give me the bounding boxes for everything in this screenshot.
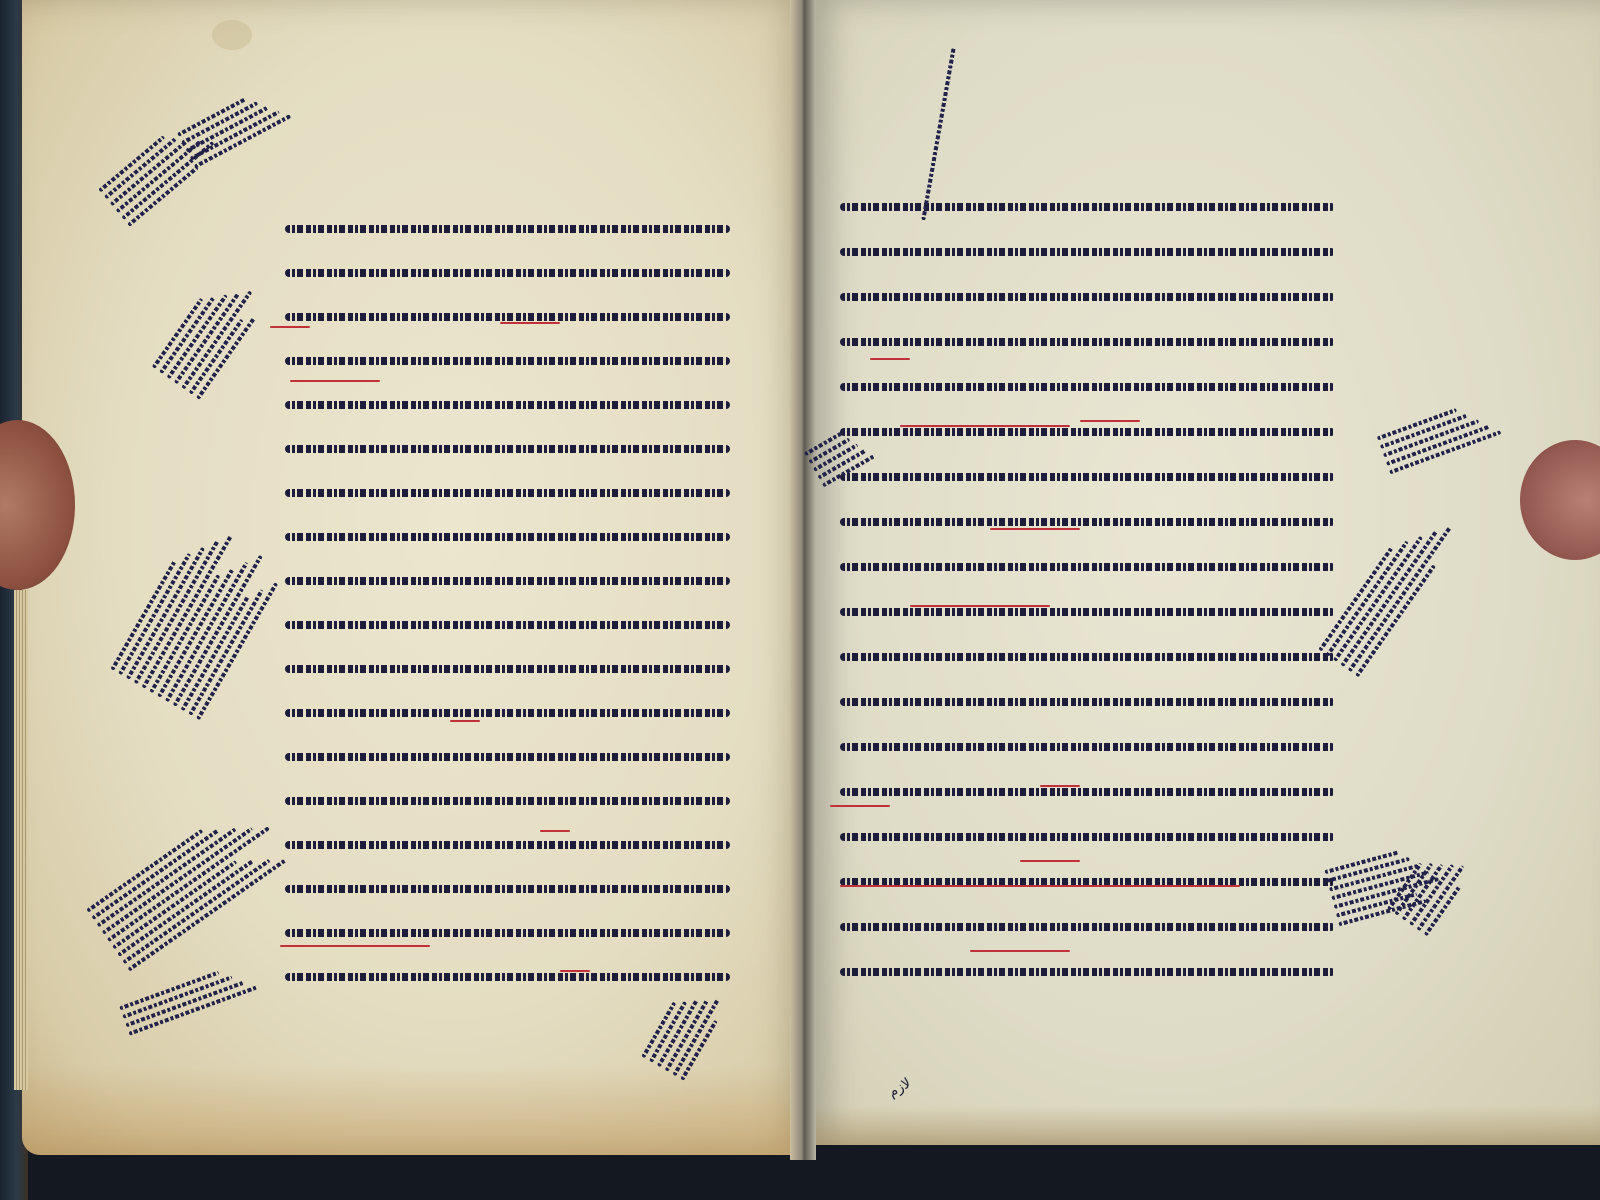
text-line	[840, 335, 1335, 349]
text-line	[285, 662, 730, 676]
rubric-line	[1080, 420, 1140, 422]
text-line	[285, 266, 730, 280]
rubric-line	[910, 605, 1050, 607]
rubric-line	[540, 830, 570, 832]
text-line	[840, 785, 1335, 799]
text-line	[285, 398, 730, 412]
text-line	[840, 515, 1335, 529]
rubric-line	[840, 885, 1240, 887]
text-line	[285, 750, 730, 764]
text-line	[285, 618, 730, 632]
rubric-line	[990, 528, 1080, 530]
rubric-line	[450, 720, 480, 722]
manuscript-photo: لازم	[0, 0, 1600, 1200]
text-line	[840, 470, 1335, 484]
rubric-line	[830, 805, 890, 807]
text-line	[840, 965, 1335, 979]
text-line	[285, 530, 730, 544]
rubric-line	[270, 326, 310, 328]
text-line	[840, 200, 1335, 214]
rubric-line	[500, 322, 560, 324]
text-line	[840, 830, 1335, 844]
text-line	[840, 920, 1335, 934]
text-line	[840, 425, 1335, 439]
text-line	[840, 380, 1335, 394]
text-line	[285, 838, 730, 852]
text-line	[840, 605, 1335, 619]
rubric-line	[970, 950, 1070, 952]
text-line	[285, 222, 730, 236]
page-edges	[14, 590, 28, 1090]
rubric-line	[870, 358, 910, 360]
rubric-line	[900, 425, 1070, 427]
text-line	[840, 695, 1335, 709]
text-line	[840, 740, 1335, 754]
rubric-line	[1040, 785, 1080, 787]
text-line	[285, 486, 730, 500]
stain	[212, 20, 252, 50]
text-line	[285, 574, 730, 588]
text-line	[285, 882, 730, 896]
text-line	[285, 794, 730, 808]
text-line	[840, 650, 1335, 664]
text-line	[285, 970, 730, 984]
rubric-line	[560, 970, 590, 972]
rubric-line	[1020, 860, 1080, 862]
text-line	[285, 354, 730, 368]
rubric-line	[290, 380, 380, 382]
text-line	[840, 290, 1335, 304]
text-line	[285, 442, 730, 456]
text-line	[285, 706, 730, 720]
rubric-line	[280, 945, 430, 947]
text-line	[285, 926, 730, 940]
book-gutter	[790, 0, 816, 1160]
text-line	[840, 245, 1335, 259]
text-line	[840, 560, 1335, 574]
